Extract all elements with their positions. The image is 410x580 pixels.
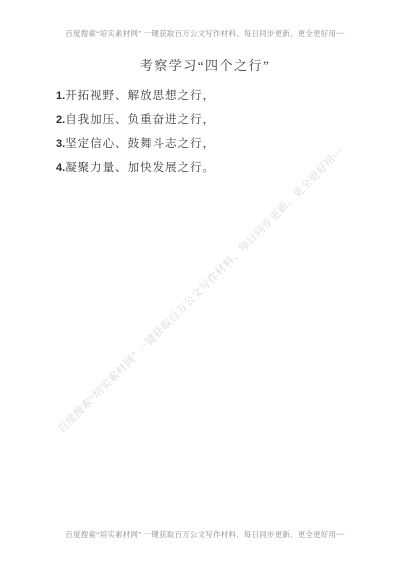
list-item: 2.自我加压、负重奋进之行， xyxy=(56,108,215,132)
promo-header: 百度搜索“培实素材网” 一键获取百万公文写作材料、每日同步更新、更全更好用~~ xyxy=(0,28,410,39)
item-text: 自我加压、负重奋进之行， xyxy=(65,114,215,126)
item-number: 1. xyxy=(56,90,65,102)
diagonal-watermark: 百度搜索“培实素材网” 一键获取百万公文写作材料、每日同步更新、更全更好用~~ xyxy=(54,143,347,436)
item-text: 开拓视野、解放思想之行， xyxy=(65,90,215,102)
list-item: 3.坚定信心、鼓舞斗志之行， xyxy=(56,132,215,156)
list-item: 4.凝聚力量、加快发展之行。 xyxy=(56,156,215,180)
item-text: 凝聚力量、加快发展之行。 xyxy=(65,162,215,174)
item-text: 坚定信心、鼓舞斗志之行， xyxy=(65,138,215,150)
promo-footer: 百度搜索“培实素材网” 一键获取百万公文写作材料、每日同步更新、更全更好用~~ xyxy=(0,529,410,540)
item-number: 4. xyxy=(56,162,65,174)
item-number: 2. xyxy=(56,114,65,126)
document-title: 考察学习“四个之行” xyxy=(0,55,410,74)
list-item: 1.开拓视野、解放思想之行， xyxy=(56,84,215,108)
item-number: 3. xyxy=(56,138,65,150)
document-page: 百度搜索“培实素材网” 一键获取百万公文写作材料、每日同步更新、更全更好用~~ … xyxy=(0,0,410,580)
numbered-list: 1.开拓视野、解放思想之行， 2.自我加压、负重奋进之行， 3.坚定信心、鼓舞斗… xyxy=(56,84,215,180)
